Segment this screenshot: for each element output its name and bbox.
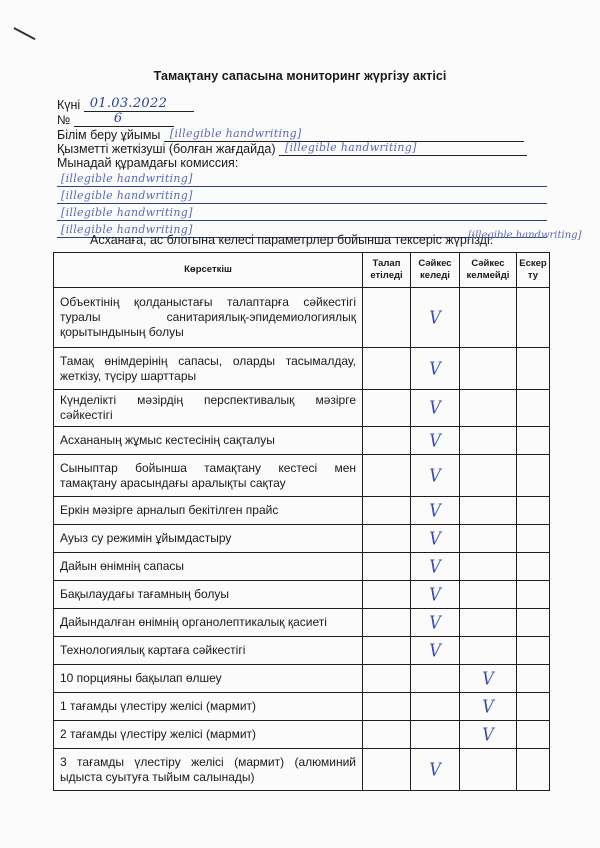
mark-cell[interactable] xyxy=(517,553,550,581)
inspector-name[interactable]: [illegible handwriting] xyxy=(468,230,581,241)
mark-cell[interactable]: V xyxy=(411,288,460,348)
table-row: Бақылаудағы тағамның болуыV xyxy=(54,581,550,609)
provider-line[interactable]: [illegible handwriting] xyxy=(279,141,527,156)
mark-cell[interactable] xyxy=(517,609,550,637)
commission-line[interactable]: [illegible handwriting] xyxy=(57,171,547,187)
commission-list: [illegible handwriting] [illegible handw… xyxy=(57,171,547,239)
table-row: Объектінің қолданыстағы талаптарға сәйке… xyxy=(54,288,550,348)
table-row: Тамақ өнімдерінің сапасы, оларды тасымал… xyxy=(54,348,550,390)
date-field: Күні 01.03.2022 xyxy=(57,97,194,112)
mark-cell[interactable] xyxy=(460,427,517,455)
mark-cell[interactable] xyxy=(363,553,411,581)
mark-cell[interactable] xyxy=(363,427,411,455)
table-row: 3 тағамды үлестіру желісі (мармит) (алюм… xyxy=(54,749,550,791)
indicator-cell: Күнделікті мәзірдің перспективалық мәзір… xyxy=(54,390,363,427)
mark-cell[interactable] xyxy=(517,455,550,497)
mark-cell[interactable] xyxy=(460,637,517,665)
indicator-cell: 10 порцияны бақылап өлшеу xyxy=(54,665,363,693)
mark-cell[interactable] xyxy=(363,497,411,525)
check-mark-icon: V xyxy=(429,358,441,379)
mark-cell[interactable]: V xyxy=(411,390,460,427)
check-mark-icon: V xyxy=(429,584,441,605)
indicator-cell: Еркін мәзірге арналып бекітілген прайс xyxy=(54,497,363,525)
mark-cell[interactable] xyxy=(517,390,550,427)
mark-cell[interactable] xyxy=(363,721,411,749)
check-mark-icon: V xyxy=(482,696,494,717)
mark-cell[interactable]: V xyxy=(411,749,460,791)
table-row: Дайын өнімнің сапасыV xyxy=(54,553,550,581)
mark-cell[interactable] xyxy=(460,553,517,581)
check-mark-icon: V xyxy=(429,465,441,486)
col-header-note: Ескер ту xyxy=(517,253,550,288)
mark-cell[interactable] xyxy=(517,721,550,749)
check-mark-icon: V xyxy=(482,668,494,689)
mark-cell[interactable] xyxy=(411,665,460,693)
number-field: № 6 xyxy=(57,112,174,127)
indicator-cell: Дайын өнімнің сапасы xyxy=(54,553,363,581)
table-row: 1 тағамды үлестіру желісі (мармит)V xyxy=(54,693,550,721)
indicator-cell: Тамақ өнімдерінің сапасы, оларды тасымал… xyxy=(54,348,363,390)
indicator-cell: 2 тағамды үлестіру желісі (мармит) xyxy=(54,721,363,749)
table-row: Күнделікті мәзірдің перспективалық мәзір… xyxy=(54,390,550,427)
mark-cell[interactable] xyxy=(517,288,550,348)
col-header-indicator: Көрсеткіш xyxy=(54,253,363,288)
mark-cell[interactable] xyxy=(411,721,460,749)
number-value: 6 xyxy=(114,112,123,126)
mark-cell[interactable] xyxy=(363,665,411,693)
mark-cell[interactable]: V xyxy=(411,525,460,553)
organization-line[interactable]: [illegible handwriting] xyxy=(164,127,524,142)
indicator-cell: Объектінің қолданыстағы талаптарға сәйке… xyxy=(54,288,363,348)
check-mark-icon: V xyxy=(429,759,441,780)
number-line[interactable]: 6 xyxy=(74,112,174,127)
commission-line[interactable]: [illegible handwriting] xyxy=(57,205,547,221)
indicator-cell: 1 тағамды үлестіру желісі (мармит) xyxy=(54,693,363,721)
date-line[interactable]: 01.03.2022 xyxy=(84,97,194,112)
date-label: Күні xyxy=(57,98,80,112)
indicator-cell: Дайындалған өнімнің органолептикалық қас… xyxy=(54,609,363,637)
check-mark-icon: V xyxy=(482,724,494,745)
check-mark-icon: V xyxy=(429,528,441,549)
table-row: Еркін мәзірге арналып бекітілген прайсV xyxy=(54,497,550,525)
mark-cell[interactable] xyxy=(517,693,550,721)
mark-cell[interactable] xyxy=(363,693,411,721)
indicator-cell: Бақылаудағы тағамның болуы xyxy=(54,581,363,609)
mark-cell[interactable] xyxy=(363,288,411,348)
mark-cell[interactable] xyxy=(460,609,517,637)
mark-cell[interactable]: V xyxy=(411,427,460,455)
mark-cell[interactable] xyxy=(363,749,411,791)
mark-cell[interactable]: V xyxy=(411,553,460,581)
mark-cell[interactable]: V xyxy=(411,581,460,609)
table-row: Ауыз су режимін ұйымдастыруV xyxy=(54,525,550,553)
check-mark-icon: V xyxy=(429,500,441,521)
table-row: Дайындалған өнімнің органолептикалық қас… xyxy=(54,609,550,637)
table-body: Объектінің қолданыстағы талаптарға сәйке… xyxy=(54,288,550,791)
mark-cell[interactable] xyxy=(363,348,411,390)
mark-cell[interactable] xyxy=(517,427,550,455)
organization-field: Білім беру ұйымы [illegible handwriting] xyxy=(57,127,524,142)
check-mark-icon: V xyxy=(429,307,441,328)
mark-cell[interactable]: V xyxy=(411,497,460,525)
table-header-row: Көрсеткіш Талап етіледі Сәйкес келеді Сә… xyxy=(54,253,550,288)
document-title: Тамақтану сапасына мониторинг жүргізу ак… xyxy=(0,69,600,83)
indicator-cell: Технологиялық картаға сәйкестігі xyxy=(54,637,363,665)
corner-pen-mark xyxy=(14,27,36,40)
table-row: Асхананың жұмыс кестесінің сақталуыV xyxy=(54,427,550,455)
mark-cell[interactable] xyxy=(517,749,550,791)
check-mark-icon: V xyxy=(429,556,441,577)
number-label: № xyxy=(57,113,70,127)
mark-cell[interactable] xyxy=(363,390,411,427)
provider-value: [illegible handwriting] xyxy=(285,141,417,155)
indicator-cell: Асхананың жұмыс кестесінің сақталуы xyxy=(54,427,363,455)
mark-cell[interactable] xyxy=(460,525,517,553)
check-mark-icon: V xyxy=(429,640,441,661)
inspection-intro: Асханаға, ас блогына келесі параметрлер … xyxy=(90,233,493,247)
commission-label: Мынадай құрамдағы комиссия: xyxy=(57,156,238,170)
mark-cell[interactable]: V xyxy=(460,665,517,693)
mark-cell[interactable] xyxy=(460,497,517,525)
mark-cell[interactable]: V xyxy=(411,348,460,390)
mark-cell[interactable] xyxy=(460,581,517,609)
indicator-cell: Ауыз су режимін ұйымдастыру xyxy=(54,525,363,553)
mark-cell[interactable] xyxy=(517,497,550,525)
mark-cell[interactable]: V xyxy=(460,693,517,721)
mark-cell[interactable] xyxy=(411,693,460,721)
mark-cell[interactable] xyxy=(363,609,411,637)
mark-cell[interactable] xyxy=(517,637,550,665)
mark-cell[interactable] xyxy=(517,348,550,390)
commission-line[interactable]: [illegible handwriting] xyxy=(57,188,547,204)
monitoring-table: Көрсеткіш Талап етіледі Сәйкес келеді Сә… xyxy=(53,252,550,791)
indicator-cell: Сыныптар бойынша тамақтану кестесі мен т… xyxy=(54,455,363,497)
mark-cell[interactable] xyxy=(460,390,517,427)
check-mark-icon: V xyxy=(429,397,441,418)
table-row: Сыныптар бойынша тамақтану кестесі мен т… xyxy=(54,455,550,497)
mark-cell[interactable] xyxy=(460,288,517,348)
mark-cell[interactable] xyxy=(460,348,517,390)
provider-field: Қызметті жеткізуші (болған жағдайда) [il… xyxy=(57,141,527,156)
mark-cell[interactable] xyxy=(460,749,517,791)
indicator-cell: 3 тағамды үлестіру желісі (мармит) (алюм… xyxy=(54,749,363,791)
check-mark-icon: V xyxy=(429,430,441,451)
mark-cell[interactable] xyxy=(363,581,411,609)
mark-cell[interactable] xyxy=(363,525,411,553)
mark-cell[interactable] xyxy=(517,525,550,553)
check-mark-icon: V xyxy=(429,612,441,633)
col-header-required: Талап етіледі xyxy=(363,253,411,288)
mark-cell[interactable]: V xyxy=(411,609,460,637)
col-header-noncompliant: Сәйкес келмейді xyxy=(460,253,517,288)
table-row: 2 тағамды үлестіру желісі (мармит)V xyxy=(54,721,550,749)
organization-value: [illegible handwriting] xyxy=(170,127,302,141)
mark-cell[interactable] xyxy=(517,581,550,609)
table-row: 10 порцияны бақылап өлшеуV xyxy=(54,665,550,693)
provider-label: Қызметті жеткізуші (болған жағдайда) xyxy=(57,142,276,156)
mark-cell[interactable] xyxy=(517,665,550,693)
col-header-compliant: Сәйкес келеді xyxy=(411,253,460,288)
mark-cell[interactable]: V xyxy=(460,721,517,749)
table-row: Технологиялық картаға сәйкестігіV xyxy=(54,637,550,665)
mark-cell[interactable]: V xyxy=(411,637,460,665)
organization-label: Білім беру ұйымы xyxy=(57,128,160,142)
mark-cell[interactable] xyxy=(363,455,411,497)
mark-cell[interactable] xyxy=(460,455,517,497)
date-value: 01.03.2022 xyxy=(90,97,167,111)
mark-cell[interactable] xyxy=(363,637,411,665)
mark-cell[interactable]: V xyxy=(411,455,460,497)
